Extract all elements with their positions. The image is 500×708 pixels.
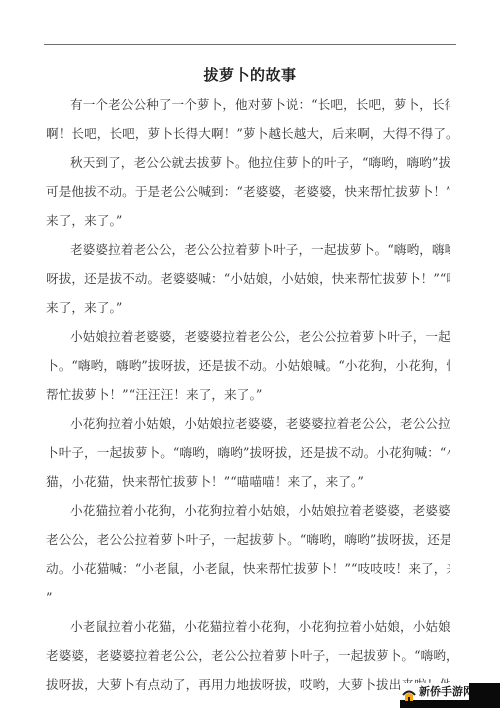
text-line: 小姑娘拉着老婆婆，老婆婆拉着老公公，老公公拉着萝卜叶子，一起拔萝 (46, 322, 450, 351)
text-line: 猫，小花猫，快来帮忙拔萝卜！”“喵喵喵！来了，来了。” (46, 467, 450, 496)
text-line: 有一个老公公种了一个萝卜，他对萝卜说：“长吧，长吧，萝卜，长得甜 (46, 90, 450, 119)
text-line: 小花猫拉着小花狗，小花狗拉着小姑娘，小姑娘拉着老婆婆，老婆婆拉着 (46, 496, 450, 525)
text-line: 卜叶子，一起拔萝卜。“嗨哟，嗨哟”拔呀拔，还是拔不动。小花狗喊：“小花 (46, 438, 450, 467)
text-line: 来了，来了。” (46, 206, 450, 235)
text-line: 动。小花猫喊：“小老鼠，小老鼠，快来帮忙拔萝卜！”“吱吱吱！来了，来了。 (46, 554, 450, 583)
house-logo-icon (402, 686, 416, 698)
text-line: 可是他拔不动。于是老公公喊到：“老婆婆，老婆婆，快来帮忙拔萝卜！”“唉！ (46, 177, 450, 206)
header-rule (44, 44, 456, 45)
text-line: 拔呀拔，大萝卜有点动了，再用力地拔呀拔，哎哟，大萝卜拔出来啦！他们高 (46, 670, 450, 699)
text-line: 卜。“嗨哟，嗨哟”拔呀拔，还是拔不动。小姑娘喊。“小花狗，小花狗，快来 (46, 351, 450, 380)
watermark-logo: 新侨手游网 (400, 683, 500, 708)
text-line: 小花狗拉着小姑娘，小姑娘拉老婆婆，老婆婆拉着老公公，老公公拉着萝 (46, 409, 450, 438)
page-mark: · (46, 650, 49, 659)
text-line: 老婆婆，老婆婆拉着老公公，老公公拉着萝卜叶子，一起拔萝卜。“嗨哟，嗨哟” (46, 641, 450, 670)
text-line: 小老鼠拉着小花猫，小花猫拉着小花狗，小花狗拉着小姑娘，小姑娘拉着 (46, 612, 450, 641)
document-body: 有一个老公公种了一个萝卜，他对萝卜说：“长吧，长吧，萝卜，长得甜 啊！长吧，长吧… (46, 90, 450, 699)
text-line: 啊！长吧，长吧，萝卜长得大啊！”萝卜越长越大，后来啊，大得不得了。 (46, 119, 450, 148)
document-title: 拔萝卜的故事 (0, 64, 500, 85)
watermark-badge: 新侨手游网 (400, 683, 476, 700)
text-line: ” (46, 583, 450, 612)
watermark-dark-strip (400, 700, 500, 708)
watermark-text: 新侨手游网 (419, 686, 474, 698)
text-line: 来了，来了。” (46, 293, 450, 322)
text-line: 秋天到了，老公公就去拔萝卜。他拉住萝卜的叶子，“嗨哟，嗨哟”拔呀拔， (46, 148, 450, 177)
text-line: 呀拔，还是拔不动。老婆婆喊：“小姑娘，小姑娘，快来帮忙拔萝卜！”“唉！ (46, 264, 450, 293)
text-line: 帮忙拔萝卜！”“汪汪汪！来了，来了。” (46, 380, 450, 409)
text-line: 老公公，老公公拉着萝卜叶子，一起拔萝卜。“嗨哟，嗨哟”拔呀拔，还是拔不 (46, 525, 450, 554)
text-line: 老婆婆拉着老公公，老公公拉着萝卜叶子，一起拔萝卜。“嗨哟，嗨哟”拔 (46, 235, 450, 264)
